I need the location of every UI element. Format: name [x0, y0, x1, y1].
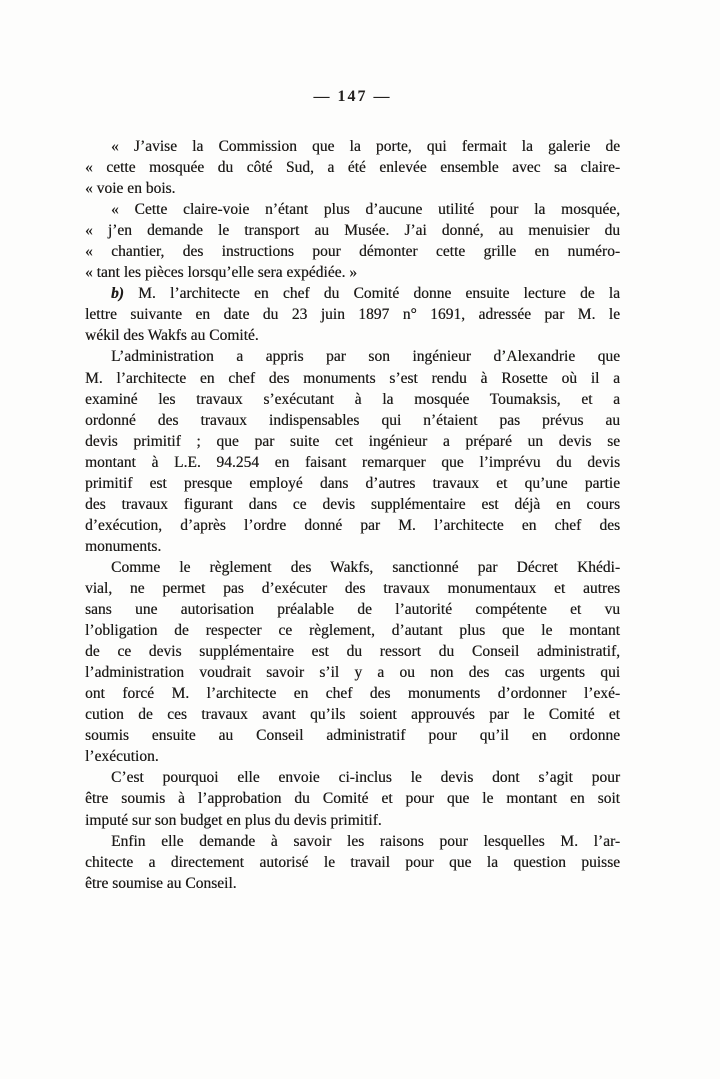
text-line: ordonné des travaux indispensables qui n… [85, 410, 620, 431]
text-line: soumis ensuite au Conseil administratif … [85, 725, 620, 746]
text-line: examiné les travaux s’exécutant à la mos… [85, 389, 620, 410]
text-line: des travaux figurant dans ce devis suppl… [85, 494, 620, 515]
text-line: lettre suivante en date du 23 juin 1897 … [85, 304, 620, 325]
page-number: — 147 — [85, 88, 620, 106]
text-line: l’obligation de respecter ce règlement, … [85, 620, 620, 641]
text-line: l’administration voudrait savoir s’il y … [85, 662, 620, 683]
text-line: l’exécution. [85, 746, 620, 767]
document-page: — 147 — « J’avise la Commission que la p… [0, 0, 720, 1079]
text-line: M. l’architecte en chef des monuments s’… [85, 368, 620, 389]
text-line: « Cette claire-voie n’étant plus d’aucun… [85, 199, 620, 220]
text-line: « voie en bois. [85, 178, 620, 199]
text-line: Comme le règlement des Wakfs, sanctionné… [85, 557, 620, 578]
text-line: « chantier, des instructions pour démont… [85, 241, 620, 262]
text-line: « j’en demande le transport au Musée. J’… [85, 220, 620, 241]
text-line: monuments. [85, 536, 620, 557]
text-line: de ce devis supplémentaire est du ressor… [85, 641, 620, 662]
text-line: cution de ces travaux avant qu’ils soien… [85, 704, 620, 725]
text-line: devis primitif ; que par suite cet ingén… [85, 431, 620, 452]
text-line: « cette mosquée du côté Sud, a été enlev… [85, 157, 620, 178]
text-line: sans une autorisation préalable de l’aut… [85, 599, 620, 620]
text-line: imputé sur son budget en plus du devis p… [85, 810, 620, 831]
text-line: primitif est presque employé dans d’autr… [85, 473, 620, 494]
text-line: d’exécution, d’après l’ordre donné par M… [85, 515, 620, 536]
text-line: être soumise au Conseil. [85, 873, 620, 894]
text-line: « J’avise la Commission que la porte, qu… [85, 136, 620, 157]
text-line: C’est pourquoi elle envoie ci-inclus le … [85, 767, 620, 788]
text-line: vial, ne permet pas d’exécuter des trava… [85, 578, 620, 599]
text-line: chitecte a directement autorisé le trava… [85, 852, 620, 873]
text-line: ont forcé M. l’architecte en chef des mo… [85, 683, 620, 704]
italic-list-marker: b) [111, 285, 124, 302]
text-line: L’administration a appris par son ingéni… [85, 346, 620, 367]
text-line: Enfin elle demande à savoir les raisons … [85, 831, 620, 852]
text-block: « J’avise la Commission que la porte, qu… [85, 136, 620, 894]
text-line: b) M. l’architecte en chef du Comité don… [85, 283, 620, 304]
text-line: être soumis à l’approbation du Comité et… [85, 788, 620, 809]
text-line: montant à L.E. 94.254 en faisant remarqu… [85, 452, 620, 473]
text-line: « tant les pièces lorsqu’elle sera expéd… [85, 262, 620, 283]
text-line: wékil des Wakfs au Comité. [85, 325, 620, 346]
